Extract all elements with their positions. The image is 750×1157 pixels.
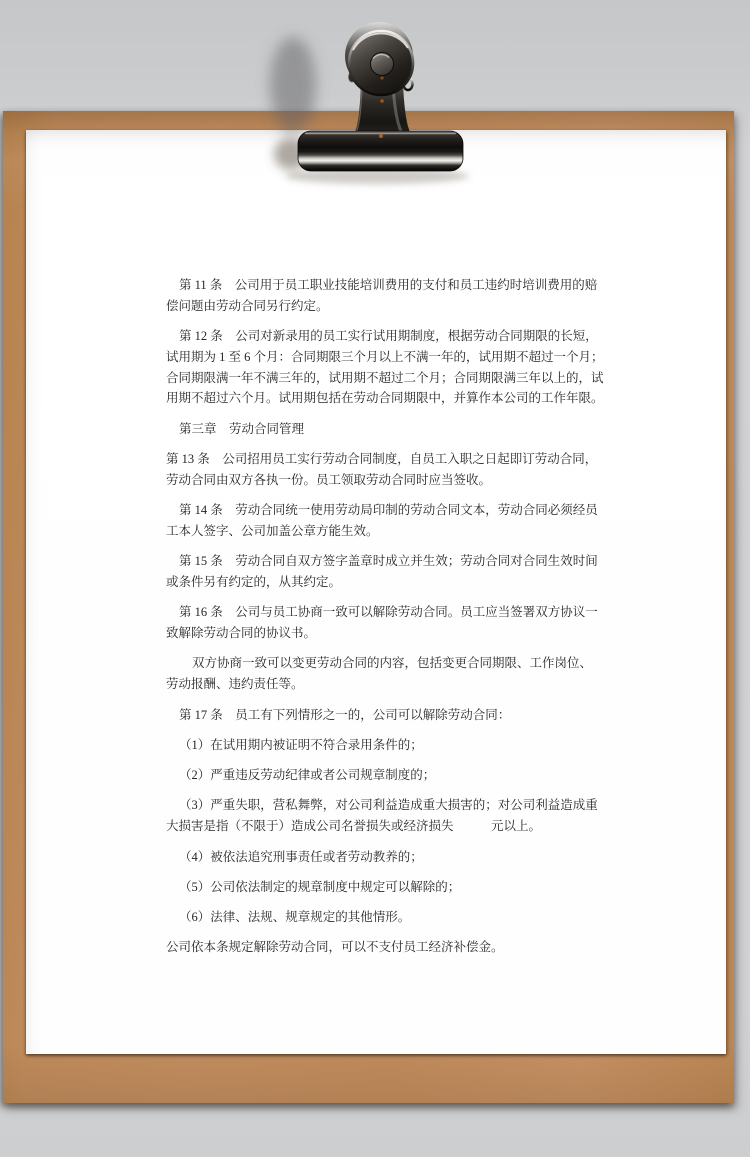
chapter-3-heading: 第三章 劳动合同管理 bbox=[166, 419, 604, 440]
document-paper: 第 11 条 公司用于员工职业技能培训费用的支付和员工违约时培训费用的赔偿问题由… bbox=[26, 130, 726, 1054]
list-item-1: （1）在试用期内被证明不符合录用条件的； bbox=[166, 735, 604, 756]
paragraph-amendment: 双方协商一致可以变更劳动合同的内容，包括变更合同期限、工作岗位、劳动报酬、违约责… bbox=[166, 653, 604, 695]
list-item-4: （4）被依法追究刑事责任或者劳动教养的； bbox=[166, 847, 604, 868]
list-item-2: （2）严重违反劳动纪律或者公司规章制度的； bbox=[166, 765, 604, 786]
list-item-3: （3）严重失职，营私舞弊，对公司利益造成重大损害的；对公司利益造成重大损害是指（… bbox=[166, 795, 604, 837]
list-item-5: （5）公司依法制定的规章制度中规定可以解除的； bbox=[166, 877, 604, 898]
paragraph-article-11: 第 11 条 公司用于员工职业技能培训费用的支付和员工违约时培训费用的赔偿问题由… bbox=[166, 275, 604, 317]
paragraph-article-17-note: 公司依本条规定解除劳动合同，可以不支付员工经济补偿金。 bbox=[166, 937, 604, 958]
binder-clip-icon bbox=[265, 5, 490, 200]
clip-metal-parts bbox=[298, 22, 463, 171]
paragraph-article-14: 第 14 条 劳动合同统一使用劳动局印制的劳动合同文本，劳动合同必须经员工本人签… bbox=[166, 500, 604, 542]
paragraph-article-15: 第 15 条 劳动合同自双方签字盖章时成立并生效；劳动合同对合同生效时间或条件另… bbox=[166, 551, 604, 593]
paragraph-article-13: 第 13 条 公司招用员工实行劳动合同制度，自员工入职之日起即订劳动合同，劳动合… bbox=[166, 449, 604, 491]
paragraph-article-12: 第 12 条 公司对新录用的员工实行试用期制度，根据劳动合同期限的长短，试用期为… bbox=[166, 326, 604, 409]
paragraph-article-16: 第 16 条 公司与员工协商一致可以解除劳动合同。员工应当签署双方协议一致解除劳… bbox=[166, 602, 604, 644]
paragraph-article-17: 第 17 条 员工有下列情形之一的，公司可以解除劳动合同： bbox=[166, 705, 604, 726]
scene: 第 11 条 公司用于员工职业技能培训费用的支付和员工违约时培训费用的赔偿问题由… bbox=[0, 0, 750, 1157]
document-text: 第 11 条 公司用于员工职业技能培训费用的支付和员工违约时培训费用的赔偿问题由… bbox=[166, 275, 604, 968]
list-item-6: （6）法律、法规、规章规定的其他情形。 bbox=[166, 907, 604, 928]
